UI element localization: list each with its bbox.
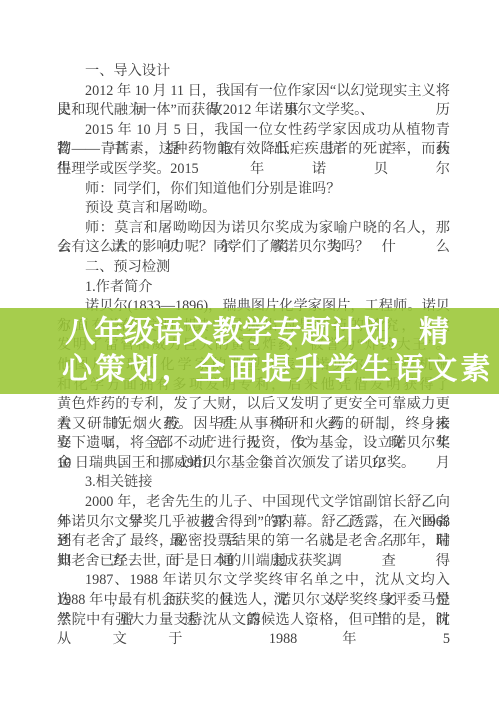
text-line: 2015 年 10 月 5 日，我国一位女性药学家因成功从植物青蒿中提取出抗疟药 bbox=[57, 121, 450, 141]
text-line: 师：同学们，你们知道他们分别是谁吗？ bbox=[57, 180, 450, 200]
overlay-title-line2: 心策划，全面提升学生语文素 bbox=[0, 351, 499, 388]
text-line: 黄色炸药的专利，发了大财，以后又发明了更安全可靠威力更大的胶质炸药，接 bbox=[57, 395, 450, 415]
text-line: 2000 年，老舍先生的儿子、中国现代文学馆副馆长舒乙向外界披露了“1968 bbox=[57, 493, 450, 513]
document-page: 一、导入设计2012 年 10 月 11 日，我国有一位作家因“以幻觉现实主义将… bbox=[0, 0, 499, 706]
text-line: 着又研制无烟火药。因毕生从事科研和火药的研制，终身未娶、无儿无女，晚年 bbox=[57, 415, 450, 435]
title-overlay-banner: 八年级语文教学专题计划，精 心策划，全面提升学生语文素 bbox=[0, 308, 499, 394]
text-line: 预设 莫言和屠呦呦。 bbox=[57, 199, 450, 219]
text-line: 年诺贝尔文学奖几乎被老舍得到”的内幕。舒乙透露，在入围者到了最后 5 名时 bbox=[57, 513, 450, 533]
text-line: 一、导入设计 bbox=[57, 62, 450, 82]
text-line: 立下遗嘱，将全部不动产进行投资，作为基金，设立诺贝尔奖金。1901 年 12 月 bbox=[57, 434, 450, 454]
text-line: 物——青蒿素，这种药物能有效降低疟疾患者的死亡率，而获得 2015 年诺贝尔 bbox=[57, 140, 450, 160]
text-line: 还有老舍，最终，秘密投票结果的第一名就是老舍。那年，瑞典方面通过调查得 bbox=[57, 532, 450, 552]
text-line: 学院中有强大力量支持沈从文的候选人资格，但可惜的是，沈从文于 1988 年 5 bbox=[57, 611, 450, 631]
overlay-title-line1: 八年级语文教学专题计划，精 bbox=[0, 314, 499, 351]
text-line: 师：莫言和屠呦呦因为诺贝尔奖成为家喻户晓的名人，那么诺贝尔奖为什么 bbox=[57, 219, 450, 239]
text-line: 1988 年中最有机会获奖的候选人，诺贝尔文学奖终身评委马悦然曾透露，当时 bbox=[57, 591, 450, 611]
text-line: 3.相关链接 bbox=[57, 473, 450, 493]
text-line: 1987、1988 年诺贝尔文学奖终审名单之中，沈从文均入选，而且沈从文是 bbox=[57, 571, 450, 591]
overlay-title: 八年级语文教学专题计划，精 心策划，全面提升学生语文素 bbox=[0, 314, 499, 388]
text-line: 10 日瑞典国王和挪威诺贝尔基金会首次颁发了诺贝尔奖。 bbox=[57, 454, 450, 474]
text-line: 2012 年 10 月 11 日，我国有一位作家因“以幻觉现实主义将民间故事、历 bbox=[57, 82, 450, 102]
text-line: 1.作者简介 bbox=[57, 278, 450, 298]
text-line: 二、预习检测 bbox=[57, 258, 450, 278]
